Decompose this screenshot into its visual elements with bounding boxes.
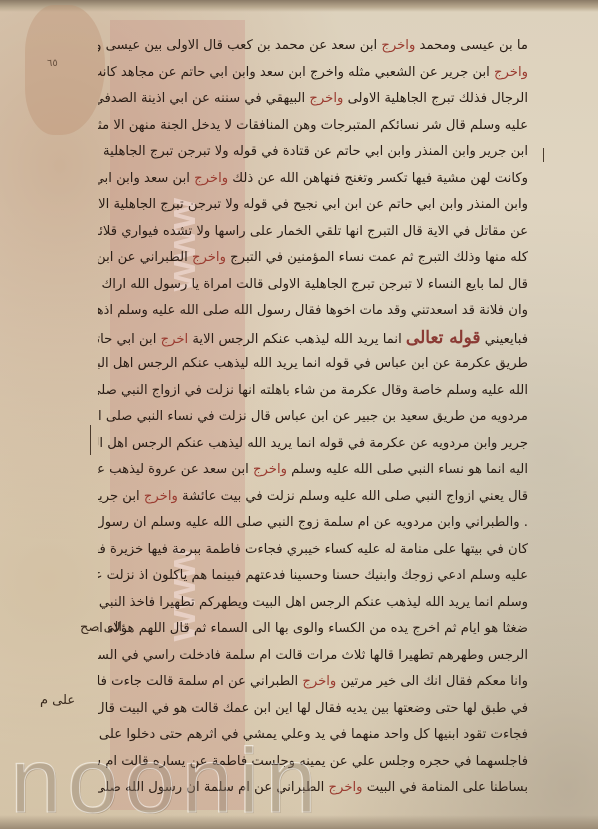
manuscript-line: وكانت لهن مشية فيها تكسر وتغنج فنهاهن ال…: [98, 166, 528, 193]
manuscript-line: عليه وسلم ادعي زوجك وابنيك حسنا وحسينا ف…: [98, 563, 528, 590]
manuscript-line: مردويه من طريق سعيد بن جبير عن ابن عباس …: [98, 404, 528, 431]
page-top-edge: [0, 0, 598, 12]
line-text: ابن سعد عن محمد بن كعب قال الاولى بين عي…: [98, 38, 381, 53]
page-marker: ٦٥: [47, 58, 58, 69]
manuscript-page: www www ٦٥ الى صح على م ما بن عيسى ومحمد…: [0, 0, 598, 829]
page-bottom-edge: [0, 815, 598, 829]
line-text: الرجال فذلك تبرج الجاهلية الاولى: [343, 91, 528, 106]
manuscript-line: عن مقاتل في الاية قال التبرج انها تلقي ا…: [98, 219, 528, 246]
rubric-word: اخرج: [161, 332, 189, 347]
rubric-word: واخرج: [494, 65, 528, 80]
manuscript-line: ابن جرير وابن المنذر وابن ابي حاتم عن قت…: [98, 139, 528, 166]
line-text: انما يريد الله ليذهب عنكم الرجس الاية: [188, 332, 406, 347]
manuscript-line: وسلم انما يريد الله ليذهب عنكم الرجس اهل…: [98, 590, 528, 617]
line-text: كله منها وذلك التبرج ثم عمت نساء المؤمني…: [226, 250, 528, 265]
line-text: في طبق لها حتى وضعتها بين يديه فقال لها …: [98, 701, 528, 716]
line-text: جرير وابن مردويه عن عكرمة في قوله انما ي…: [98, 436, 528, 451]
line-text: اليه انما هو نساء النبي صلى الله عليه وس…: [287, 462, 528, 477]
rubric-word: واخرج: [309, 91, 343, 106]
line-text: طريق عكرمة عن ابن عباس في قوله انما يريد…: [98, 356, 528, 371]
line-text: ابن ابي حاتم وابن عساكر من: [98, 332, 161, 347]
line-text: . والطبراني وابن مردويه عن ام سلمة زوج ا…: [98, 515, 528, 530]
line-text: قال لما بايع النساء لا تبرجن تبرج الجاهل…: [98, 277, 528, 292]
line-text: كان في بيتها على منامة له عليه كساء خيبر…: [98, 542, 528, 557]
rubric-word: واخرج: [329, 780, 363, 795]
manuscript-line: وابن المنذر وابن ابي حاتم عن ابن ابي نجي…: [98, 192, 528, 219]
manuscript-line: الله عليه وسلم خاصة وقال عكرمة من شاء با…: [98, 378, 528, 405]
line-text: ابن جرير وابن المنذر وابن ابي حاتم: [98, 489, 144, 504]
line-text: عليه وسلم قال شر نسائكم المتبرجات وهن ال…: [98, 118, 528, 133]
manuscript-line: فبايعيني قوله تعالى انما يريد الله ليذهب…: [98, 325, 528, 352]
manuscript-line: عليه وسلم قال شر نسائكم المتبرجات وهن ال…: [98, 113, 528, 140]
line-text: وانا معكم فقال انك الى خير مرتين: [336, 674, 528, 689]
manuscript-line: طريق عكرمة عن ابن عباس في قوله انما يريد…: [98, 351, 528, 378]
line-text: وكانت لهن مشية فيها تكسر وتغنج فنهاهن ال…: [228, 171, 528, 186]
line-text: ابن جرير وابن المنذر وابن ابي حاتم عن قت…: [98, 144, 528, 159]
rubric-word: واخرج: [192, 250, 226, 265]
line-text: بساطنا على المنامة في البيت: [363, 780, 528, 795]
manuscript-line: . والطبراني وابن مردويه عن ام سلمة زوج ا…: [98, 510, 528, 537]
manuscript-line: وان فلانة قد اسعدتني وقد مات اخوها فقال …: [98, 298, 528, 325]
line-text: وسلم انما يريد الله ليذهب عنكم الرجس اهل…: [98, 595, 528, 610]
manuscript-line: اليه انما هو نساء النبي صلى الله عليه وس…: [98, 457, 528, 484]
line-text: ابن جرير عن الشعبي مثله واخرج ابن سعد وا…: [98, 65, 494, 80]
line-text: البيهقي في سننه عن ابي اذينة الصدفي ان ر…: [98, 91, 309, 106]
watermark-horizontal: noonin: [10, 735, 322, 827]
ink-mark: [90, 425, 91, 455]
water-stain: [25, 5, 105, 135]
line-text: ما بن عيسى ومحمد: [415, 38, 528, 53]
manuscript-line: كان في بيتها على منامة له عليه كساء خيبر…: [98, 537, 528, 564]
manuscript-line: ضغثا هو ايام ثم اخرج يده من الكساء والوى…: [98, 616, 528, 643]
line-text: عليه وسلم ادعي زوجك وابنيك حسنا وحسينا ف…: [98, 568, 528, 583]
manuscript-line: قال لما بايع النساء لا تبرجن تبرج الجاهل…: [98, 272, 528, 299]
manuscript-line: الرجس وطهرهم تطهيرا قالها ثلاث مرات قالت…: [98, 643, 528, 670]
margin-note: على م: [40, 693, 75, 708]
line-text: فبايعيني: [481, 332, 528, 347]
rubric-word: واخرج: [194, 171, 228, 186]
line-text: عن مقاتل في الاية قال التبرج انها تلقي ا…: [98, 224, 528, 239]
line-text: وان فلانة قد اسعدتني وقد مات اخوها فقال …: [98, 303, 528, 318]
section-heading: قوله تعالى: [406, 328, 481, 348]
line-text: ابن سعد وابن ابي شيبة وابن جرير: [98, 171, 194, 186]
manuscript-line: كله منها وذلك التبرج ثم عمت نساء المؤمني…: [98, 245, 528, 272]
line-text: الطبراني عن ام سلمة قالت جاءت فاطمة غدوة…: [98, 674, 302, 689]
manuscript-line: في طبق لها حتى وضعتها بين يديه فقال لها …: [98, 696, 528, 723]
line-text: وابن المنذر وابن ابي حاتم عن ابن ابي نجي…: [98, 197, 528, 212]
line-text: الطبراني عن ابن عباس ان النبي صلى الله ع…: [98, 250, 192, 265]
rubric-word: واخرج: [302, 674, 336, 689]
manuscript-line: قال يعني ازواج النبي صلى الله عليه وسلم …: [98, 484, 528, 511]
manuscript-line: واخرج ابن جرير عن الشعبي مثله واخرج ابن …: [98, 60, 528, 87]
line-text: ضغثا هو ايام ثم اخرج يده من الكساء والوى…: [98, 621, 528, 636]
ink-mark: [543, 148, 544, 162]
manuscript-line: ما بن عيسى ومحمد واخرج ابن سعد عن محمد ب…: [98, 33, 528, 60]
manuscript-line: الرجال فذلك تبرج الجاهلية الاولى واخرج ا…: [98, 86, 528, 113]
manuscript-line: وانا معكم فقال انك الى خير مرتين واخرج ا…: [98, 669, 528, 696]
manuscript-text-block: ما بن عيسى ومحمد واخرج ابن سعد عن محمد ب…: [98, 33, 528, 802]
line-text: الرجس وطهرهم تطهيرا قالها ثلاث مرات قالت…: [98, 648, 528, 663]
line-text: مردويه من طريق سعيد بن جبير عن ابن عباس …: [98, 409, 528, 424]
line-text: الله عليه وسلم خاصة وقال عكرمة من شاء با…: [98, 383, 528, 398]
rubric-word: واخرج: [253, 462, 287, 477]
rubric-word: واخرج: [144, 489, 178, 504]
manuscript-line: جرير وابن مردويه عن عكرمة في قوله انما ي…: [98, 431, 528, 458]
line-text: ابن سعد عن عروة ليذهب عنكم الرجس اهل الب…: [98, 462, 253, 477]
line-text: قال يعني ازواج النبي صلى الله عليه وسلم …: [178, 489, 528, 504]
rubric-word: واخرج: [381, 38, 415, 53]
